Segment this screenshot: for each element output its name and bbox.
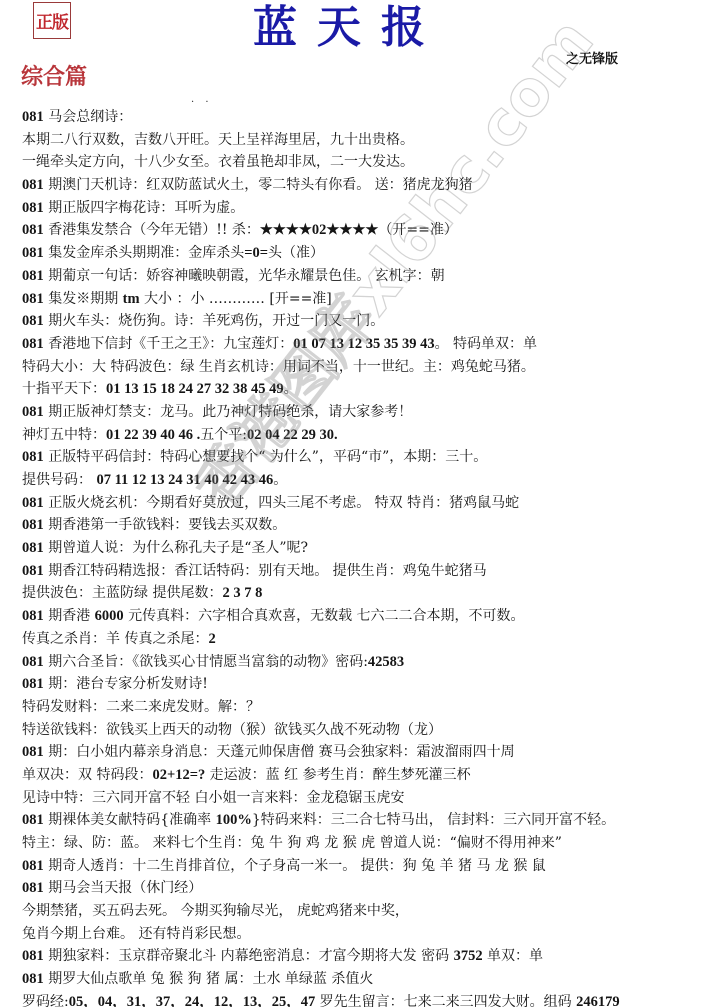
bold-value: 01 13 15 18 24 27 32 38 45 49 (106, 381, 284, 397)
text-run: 期火车头：烧伤狗。诗：羊死鸡伤，开过一门又一门。 (44, 313, 384, 329)
bold-value: 246179 (576, 994, 620, 1007)
text-line: 提供号码： 07 11 12 13 24 31 40 42 43 46。 (22, 469, 722, 492)
bold-value: 081 (22, 177, 44, 193)
text-line: 081 期香江特码精选报：香江话特码：别有天地。 提供生肖：鸡兔牛蛇猪马 (22, 560, 722, 583)
text-run: 期香江特码精选报：香江话特码：别有天地。 提供生肖：鸡兔牛蛇猪马 (44, 563, 487, 579)
text-run: 本期二八行双数，吉数八开旺。天上呈祥海里居，九十出贵格。 (22, 132, 414, 148)
bold-value: 6000 (95, 608, 124, 624)
text-run: 特主：绿、防：蓝。 来料七个生肖：兔 牛 狗 鸡 龙 猴 虎 曾道人说：“偏财不… (22, 835, 562, 851)
text-line: 081 集发※期期 tm 大小 ：小 ………… [开==准] (22, 288, 722, 311)
bold-value: 081 (22, 676, 44, 692)
bold-value: 081 (22, 495, 44, 511)
bold-value: 01 22 39 40 46 . (106, 427, 200, 443)
text-line: 081 期独家料：玉京群帝聚北斗 内幕绝密消息：才富今期将大发 密码 3752 … (22, 945, 722, 968)
text-run: 走运波：蓝 红 参考生肖：醉生梦死灌三杯 (205, 767, 470, 783)
text-run: 单双：单 (483, 948, 543, 964)
text-line: 特送欲钱料：欲钱买上西天的动物（猴）欲钱买久战不死动物（龙） (22, 719, 722, 742)
bold-value: 081 (22, 336, 44, 352)
text-line: 一绳牵头定方向，十八少女至。衣着虽艳却非凤，二一大发达。 (22, 151, 722, 174)
text-run: 见诗中特：三六同开富不轻 白小姐一言来料：金龙稳锯玉虎安 (22, 790, 404, 806)
text-line: 传真之杀肖：羊 传真之杀尾：2 (22, 628, 722, 651)
text-run: 兔肖今期上台难。 还有特肖彩民想。 (22, 926, 250, 942)
text-run: 期奇人透肖：十二生肖排首位，个子身高一米一。 提供：狗 兔 羊 猪 马 龙 猴 … (44, 858, 546, 874)
text-line: 081 期正版四字梅花诗：耳听为虚。 (22, 197, 722, 220)
text-run: 期马会当天报（休门经） (44, 880, 202, 896)
bold-value: 081 (22, 313, 44, 329)
text-run: 期：港台专家分析发财诗! (44, 676, 208, 692)
edition-label: 之无锋版 (566, 48, 618, 67)
text-run: 提供号码： (22, 472, 96, 488)
text-run: 大小 ：小 ………… [开==准] (140, 291, 332, 307)
bold-value: 05，04，31，37，24，12，13，25，47 (69, 994, 316, 1007)
bold-value: 081 (22, 971, 44, 987)
text-line: 081 期奇人透肖：十二生肖排首位，个子身高一米一。 提供：狗 兔 羊 猪 马 … (22, 855, 722, 878)
title-char: 蓝 (253, 2, 303, 54)
text-line: 081 期罗大仙点歌单 兔 猴 狗 猪 属：土水 单绿蓝 杀值火 (22, 968, 722, 991)
bold-value: 081 (22, 517, 44, 533)
bold-value: 081 (22, 948, 44, 964)
text-line: 081 正版火烧玄机：今期看好莫放过，四头三尾不考虑。 特双 特肖：猪鸡鼠马蛇 (22, 492, 722, 515)
text-line: 十指平天下：01 13 15 18 24 27 32 38 45 49。 (22, 378, 722, 401)
text-run: 罗先生留言：七来二来三四发大财。组码 (315, 994, 576, 1007)
text-line: 081 期：白小姐内幕亲身消息：天蓬元帅保唐僧 赛马会独家料：霜波溜雨四十周 (22, 741, 722, 764)
title-char: 天 (317, 2, 367, 54)
text-run: 香港集发禁合（今年无错）!! 杀： (44, 222, 260, 238)
bold-value: 3752 (454, 948, 483, 964)
text-run: 期裸体美女献特码{准确率 (44, 812, 216, 828)
text-line: 本期二八行双数，吉数八开旺。天上呈祥海里居，九十出贵格。 (22, 129, 722, 152)
bold-value: 081 (22, 608, 44, 624)
text-run: 期：白小姐内幕亲身消息：天蓬元帅保唐僧 赛马会独家料：霜波溜雨四十周 (44, 744, 515, 760)
content-body: 081 马会总纲诗：本期二八行双数，吉数八开旺。天上呈祥海里居，九十出贵格。一绳… (22, 106, 722, 1007)
text-line: 081 期葡京一句话：娇容神曦映朝霞，光华永耀景色佳。 玄机字：朝 (22, 265, 722, 288)
text-line: 081 期香港 6000 元传真料：六字相合真欢喜，无数载 七六二二合本期，不可… (22, 605, 722, 628)
text-line: 081 期裸体美女献特码{准确率 100%}特码来料：三二合七特马出， 信封料：… (22, 809, 722, 832)
bold-value: 081 (22, 200, 44, 216)
text-line: 081 集发金库杀头期期准：金库杀头=0=头（准） (22, 242, 722, 265)
bold-value: 081 (22, 222, 44, 238)
text-line: 081 期正版神灯禁支：龙马。此乃神灯特码绝杀，请大家参考！ (22, 401, 722, 424)
text-run: 传真之杀肖：羊 传真之杀尾： (22, 631, 208, 647)
bold-value: =0= (244, 245, 268, 261)
text-run: }特码来料：三二合七特马出， 信封料：三六同开富不轻。 (252, 812, 615, 828)
text-run: 期六合圣旨：《欲钱买心甘情愿当富翁的动物》密码: (44, 654, 368, 670)
bold-value: 081 (22, 449, 44, 465)
text-run: 香港地下信封《千王之王》：九宝莲灯： (44, 336, 293, 352)
text-run: 十指平天下： (22, 381, 106, 397)
bold-value: 02+12=? (152, 767, 205, 783)
text-line: 特码发财料：二来二来虎发财。解：？ (22, 696, 722, 719)
text-line: 见诗中特：三六同开富不轻 白小姐一言来料：金龙稳锯玉虎安 (22, 787, 722, 810)
bold-value: 2 (208, 631, 215, 647)
bold-value: ★★★★02★★★★ (260, 222, 379, 238)
text-line: 今期禁猪，买五码去死。 今期买狗输尽光， 虎蛇鸡猪来中奖， (22, 900, 722, 923)
text-run: 期香港 (44, 608, 95, 624)
text-line: 提供波色：主蓝防绿 提供尾数：2 3 7 8 (22, 582, 722, 605)
text-run: 单双决：双 特码段： (22, 767, 152, 783)
bold-value: 081 (22, 540, 44, 556)
text-line: 081 期马会当天报（休门经） (22, 877, 722, 900)
text-run: 特码大小：大 特码波色：绿 生肖玄机诗：用词不当，十一世纪。主：鸡兔蛇马猪。 (22, 359, 535, 375)
text-run: 期澳门天机诗：红双防蓝试火土，零二特头有你看。 送：猪虎龙狗猪 (44, 177, 473, 193)
text-run: 今期禁猪，买五码去死。 今期买狗输尽光， 虎蛇鸡猪来中奖， (22, 903, 409, 919)
text-run: 特送欲钱料：欲钱买上西天的动物（猴）欲钱买久战不死动物（龙） (22, 722, 442, 738)
text-run: 期曾道人说：为什么称孔夫子是“圣人”呢? (44, 540, 308, 556)
text-run: （开==准） (378, 222, 457, 238)
text-run: 头（准） (268, 245, 324, 261)
text-run: 一绳牵头定方向，十八少女至。衣着虽艳却非凤，二一大发达。 (22, 154, 414, 170)
bold-value: 02 04 22 29 30. (247, 427, 338, 443)
text-run: 期正版神灯禁支：龙马。此乃神灯特码绝杀，请大家参考！ (44, 404, 412, 420)
text-run: 罗码经: (22, 994, 69, 1007)
text-line: 081 期澳门天机诗：红双防蓝试火土，零二特头有你看。 送：猪虎龙狗猪 (22, 174, 722, 197)
text-run: 期罗大仙点歌单 兔 猴 狗 猪 属：土水 单绿蓝 杀值火 (44, 971, 374, 987)
title-char: 报 (381, 2, 431, 54)
bold-value: 081 (22, 744, 44, 760)
text-run: 神灯五中特： (22, 427, 106, 443)
text-line: 081 正版特平码信封：特码心想要找个“ 为什么”，平码“市”，本期：三十。 (22, 446, 722, 469)
bold-value: 100% (216, 812, 252, 828)
section-heading: 综合篇 (21, 60, 87, 91)
text-line: 罗码经:05，04，31，37，24，12，13，25，47 罗先生留言：七来二… (22, 991, 722, 1007)
text-line: 081 香港地下信封《千王之王》：九宝莲灯：01 07 13 12 35 35 … (22, 333, 722, 356)
text-run: 期香港第一手欲钱料：要钱去买双数。 (44, 517, 286, 533)
text-line: 081 期火车头：烧伤狗。诗：羊死鸡伤，开过一门又一门。 (22, 310, 722, 333)
text-run: 马会总纲诗： (44, 109, 132, 125)
text-run: 期葡京一句话：娇容神曦映朝霞，光华永耀景色佳。 玄机字：朝 (44, 268, 445, 284)
bold-value: 081 (22, 291, 44, 307)
bold-value: 081 (22, 404, 44, 420)
bold-value: 42583 (368, 654, 404, 670)
bold-value: 081 (22, 858, 44, 874)
text-line: 081 期：港台专家分析发财诗! (22, 673, 722, 696)
text-line: 单双决：双 特码段：02+12=? 走运波：蓝 红 参考生肖：醉生梦死灌三杯 (22, 764, 722, 787)
page-title: 蓝天报 (253, 2, 453, 54)
bold-value: 081 (22, 812, 44, 828)
authentic-edition-badge: 正版 (33, 2, 71, 39)
text-run: 特码发财料：二来二来虎发财。解：？ (22, 699, 260, 715)
bold-value: 081 (22, 268, 44, 284)
text-line: 特主：绿、防：蓝。 来料七个生肖：兔 牛 狗 鸡 龙 猴 虎 曾道人说：“偏财不… (22, 832, 722, 855)
text-run: 期正版四字梅花诗：耳听为虚。 (44, 200, 244, 216)
text-run: 提供波色：主蓝防绿 提供尾数： (22, 585, 222, 601)
bold-value: 07 11 12 13 24 31 40 42 43 46 (96, 472, 273, 488)
bold-value: 081 (22, 109, 44, 125)
text-run: 元传真料：六字相合真欢喜，无数载 七六二二合本期，不可数。 (124, 608, 525, 624)
text-line: 特码大小：大 特码波色：绿 生肖玄机诗：用词不当，十一世纪。主：鸡兔蛇马猪。 (22, 356, 722, 379)
bold-value: 081 (22, 563, 44, 579)
text-line: 神灯五中特：01 22 39 40 46 .五个平:02 04 22 29 30… (22, 424, 722, 447)
text-run: 期独家料：玉京群帝聚北斗 内幕绝密消息：才富今期将大发 密码 (44, 948, 454, 964)
text-run: 。 (284, 381, 298, 397)
bold-value: 081 (22, 654, 44, 670)
text-run: 集发金库杀头期期准：金库杀头 (44, 245, 244, 261)
text-line: 081 香港集发禁合（今年无错）!! 杀：★★★★02★★★★（开==准） (22, 219, 722, 242)
text-line: 兔肖今期上台难。 还有特肖彩民想。 (22, 923, 722, 946)
text-line: 081 期六合圣旨：《欲钱买心甘情愿当富翁的动物》密码:42583 (22, 651, 722, 674)
text-run: 五个平: (200, 427, 247, 443)
bold-value: 081 (22, 245, 44, 261)
bold-value: 01 07 13 12 35 35 39 43 (293, 336, 434, 352)
text-run: 集发※期期 (44, 291, 123, 307)
bold-value: 081 (22, 880, 44, 896)
text-run: 正版火烧玄机：今期看好莫放过，四头三尾不考虑。 特双 特肖：猪鸡鼠马蛇 (44, 495, 519, 511)
bold-value: 2 3 7 8 (222, 585, 262, 601)
text-run: 正版特平码信封：特码心想要找个“ 为什么”，平码“市”，本期：三十。 (44, 449, 488, 465)
bold-value: tm (123, 291, 140, 307)
text-line: 081 期香港第一手欲钱料：要钱去买双数。 (22, 514, 722, 537)
text-line: 081 马会总纲诗： (22, 106, 722, 129)
text-run: 。 (273, 472, 287, 488)
text-run: 。 特码单双：单 (435, 336, 537, 352)
text-line: 081 期曾道人说：为什么称孔夫子是“圣人”呢? (22, 537, 722, 560)
